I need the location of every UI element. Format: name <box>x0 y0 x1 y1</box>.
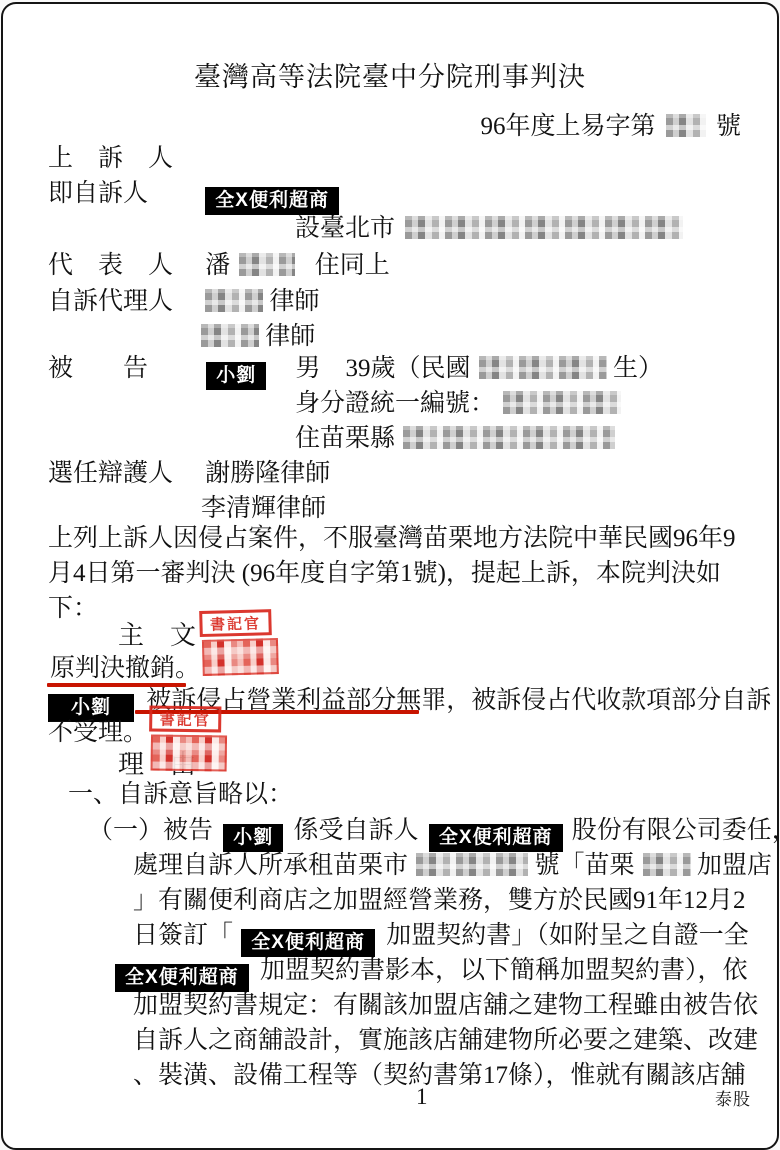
appellant-role: 上 訴 人 <box>48 144 173 174</box>
residence-redacted <box>403 426 615 449</box>
item1-seg3: 股份有限公司委任， <box>572 817 779 844</box>
representative-line: 代 表 人 潘 住同上 <box>48 251 390 281</box>
redaction-box-defendant-3: 小劉 <box>223 824 283 852</box>
main-text-heading: 主 文 <box>118 621 196 651</box>
defendant-role: 被 告 <box>48 355 148 382</box>
clerk-stamp-2-title: 書記官 <box>149 705 221 732</box>
page-number: 1 <box>416 1082 428 1112</box>
document-title: 臺灣高等法院臺中分院刑事判決 <box>3 62 777 92</box>
id-label: 身分證統一編號： <box>295 390 495 417</box>
item1-l4a: 日簽訂「 <box>133 922 233 949</box>
reasons-item1-line-4: 日簽訂「 全X便利超商 加盟契約書」（如附呈之自證一全 <box>133 921 749 957</box>
address-prefix: 設臺北市 <box>295 215 395 242</box>
redaction-box-plaintiff-4: 全X便利超商 <box>115 964 249 992</box>
agent1-lawyer-suffix: 律師 <box>270 288 320 315</box>
reasons-item1-line-3: 」有關便利商店之加盟經營業務，雙方於民國91年12月2 <box>133 886 746 916</box>
store-name-redacted <box>643 853 691 876</box>
clerk-stamp-2: 書記官 <box>149 705 228 771</box>
preamble-line-1: 上列上訴人因侵占案件，不服臺灣苗栗地方法院中華民國96年9 <box>48 524 736 554</box>
clerk-stamp-1: 書記官 <box>199 609 279 676</box>
ruling-line-3: 不受理。 <box>48 718 148 748</box>
plaintiff-address-line: 設臺北市 <box>295 214 683 244</box>
self-prosecutor-role: 即自訴人 <box>48 180 148 207</box>
reasons-item1-line-7: 自訴人之商舖設計，實施該店舖建物所必要之建築、改建 <box>133 1026 758 1056</box>
self-prosecutor-line: 即自訴人 全X便利超商 <box>48 179 339 215</box>
judgment-document-page: 臺灣高等法院臺中分院刑事判決 96年度上易字第 號 上 訴 人 即自訴人 全X便… <box>1 2 779 1150</box>
division-label: 泰股 <box>715 1085 751 1115</box>
representative-residence: 住同上 <box>315 252 390 279</box>
residence-prefix: 住苗栗縣 <box>295 425 395 452</box>
store-address-redacted <box>416 853 528 876</box>
item1-l2c: 加盟店 <box>697 852 772 879</box>
reasons-item1-line-2: 處理自訴人所承租苗栗市 號「苗栗 加盟店 <box>133 851 772 881</box>
defendant-info-suffix: 生） <box>613 355 663 382</box>
case-number-prefix: 96年度上易字第 <box>480 113 655 140</box>
redaction-box-plaintiff: 全X便利超商 <box>205 187 339 215</box>
redaction-box-plaintiff-2: 全X便利超商 <box>429 824 563 852</box>
defense-line-2: 李清輝律師 <box>201 494 326 524</box>
case-number-suffix: 號 <box>716 113 741 140</box>
case-number-line: 96年度上易字第 號 <box>480 112 741 142</box>
item1-l2b: 號「苗栗 <box>535 852 635 879</box>
clerk-stamp-1-signature-redacted <box>202 638 279 676</box>
id-number-line: 身分證統一編號： <box>295 389 621 419</box>
reasons-item1-line-1: （一）被告 小劉 係受自訴人 全X便利超商 股份有限公司委任， <box>88 816 779 852</box>
preamble-line-3: 下： <box>48 594 98 624</box>
defendant-info-prefix: 男 39歲（民國 <box>296 355 471 382</box>
id-number-redacted <box>503 391 621 414</box>
redaction-box-defendant: 小劉 <box>206 362 266 390</box>
defense-lawyer-1: 謝勝隆律師 <box>205 460 330 487</box>
birthdate-redacted <box>479 356 607 379</box>
clerk-stamp-2-signature-redacted <box>151 734 227 771</box>
item1-l2a: 處理自訴人所承租苗栗市 <box>133 852 408 879</box>
defense-line-1: 選任辯護人 謝勝隆律師 <box>48 459 330 489</box>
reasons-item1-line-5: 全X便利超商 加盟契約書影本，以下簡稱加盟契約書），依 <box>115 956 747 992</box>
agent2-name-redacted <box>201 324 259 347</box>
item1-seg1: 被告 <box>163 817 213 844</box>
agent-line-2: 律師 <box>201 322 315 352</box>
agent2-lawyer-suffix: 律師 <box>265 323 315 350</box>
agent-line-1: 自訴代理人 律師 <box>48 287 320 317</box>
representative-name-redacted <box>239 253 295 276</box>
ruling-line-1: 原判決撤銷。 <box>50 654 200 684</box>
clerk-stamp-1-title: 書記官 <box>199 609 272 637</box>
address-redacted <box>405 216 683 239</box>
defendant-line: 被 告 小劉 男 39歲（民國 生） <box>48 354 663 390</box>
item1-l4b: 加盟契約書」（如附呈之自證一全 <box>386 922 749 949</box>
reasons-item1-line-6: 加盟契約書規定：有關該加盟店舖之建物工程雖由被告依 <box>133 991 758 1021</box>
item1-l5b: 加盟契約書影本，以下簡稱加盟契約書），依 <box>260 957 748 984</box>
item1-number: （一） <box>88 817 163 844</box>
case-number-redacted <box>666 114 706 137</box>
preamble-line-2: 月4日第一審判決 (96年度自字第1號)，提起上訴，本院判決如 <box>48 559 721 589</box>
representative-role: 代 表 人 <box>48 252 173 279</box>
agent1-name-redacted <box>205 289 263 312</box>
reasons-item1-line-8: 、裝潢、設備工程等（契約書第17條），惟就有關該店舖 <box>133 1061 746 1091</box>
defendant-residence-line: 住苗栗縣 <box>295 424 615 454</box>
defense-role: 選任辯護人 <box>48 460 173 487</box>
redaction-box-plaintiff-3: 全X便利超商 <box>241 929 375 957</box>
item1-seg2: 係受自訴人 <box>294 817 419 844</box>
defense-lawyer-2: 李清輝律師 <box>201 495 326 522</box>
reasons-section-1-title: 一、自訴意旨略以： <box>68 780 293 810</box>
agent-role: 自訴代理人 <box>48 288 173 315</box>
representative-surname: 潘 <box>205 252 230 279</box>
